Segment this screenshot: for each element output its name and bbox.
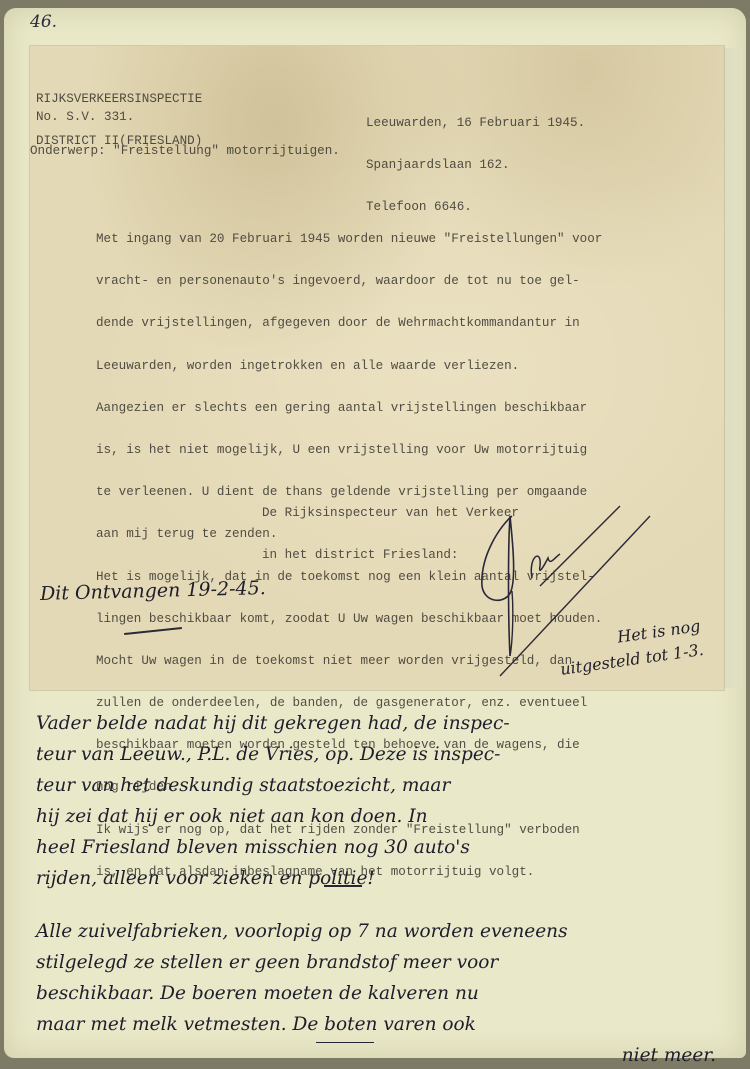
body-line: is, is het niet mogelijk, U een vrijstel… xyxy=(96,443,602,457)
diary-closing-line: niet meer. xyxy=(36,1040,726,1069)
diary-line: hij zei dat hij er ook niet aan kon doen… xyxy=(36,801,726,832)
reference-number: No. S.V. 331. xyxy=(36,110,134,124)
diary-line: maar met melk vetmesten. De boten varen … xyxy=(36,1009,726,1040)
diary-entry: Vader belde nadat hij dit gekregen had, … xyxy=(36,708,726,1069)
diary-line: Alle zuivelfabrieken, voorlopig op 7 na … xyxy=(36,916,726,947)
diary-line: stilgelegd ze stellen er geen brandstof … xyxy=(36,947,726,978)
address-line: Spanjaardslaan 162. xyxy=(366,158,585,172)
typed-letter: RIJKSVERKEERSINSPECTIE DISTRICT II(FRIES… xyxy=(30,46,724,690)
body-line: vracht- en personenauto's ingevoerd, waa… xyxy=(96,274,602,288)
section-divider xyxy=(316,1042,374,1043)
body-line: Met ingang van 20 Februari 1945 worden n… xyxy=(96,232,602,246)
diary-line: Vader belde nadat hij dit gekregen had, … xyxy=(36,708,726,739)
body-line: Aangezien er slechts een gering aantal v… xyxy=(96,401,602,415)
diary-spacer xyxy=(36,894,726,916)
sender-line: RIJKSVERKEERSINSPECTIE xyxy=(36,92,202,106)
notebook-page: 46. RIJKSVERKEERSINSPECTIE DISTRICT II(F… xyxy=(4,8,746,1058)
diary-line: beschikbaar. De boeren moeten de kalvere… xyxy=(36,978,726,1009)
subject-line: Onderwerp: "Freistellung" motorrijtuigen… xyxy=(30,144,340,158)
address-line: Leeuwarden, 16 Februari 1945. xyxy=(366,116,585,130)
diary-line: teur van Leeuw., P.L. de Vries, op. Deze… xyxy=(36,739,726,770)
page-number: 46. xyxy=(30,12,57,32)
section-divider xyxy=(324,885,362,887)
diary-line: heel Friesland bleven misschien nog 30 a… xyxy=(36,832,726,863)
diary-line: teur van het deskundig staatstoezicht, m… xyxy=(36,770,726,801)
diary-line: rijden, alleen voor zieken en politie! xyxy=(36,863,726,894)
body-line: dende vrijstellingen, afgegeven door de … xyxy=(96,316,602,330)
body-line: Leeuwarden, worden ingetrokken en alle w… xyxy=(96,359,602,373)
margin-strip xyxy=(724,48,742,688)
